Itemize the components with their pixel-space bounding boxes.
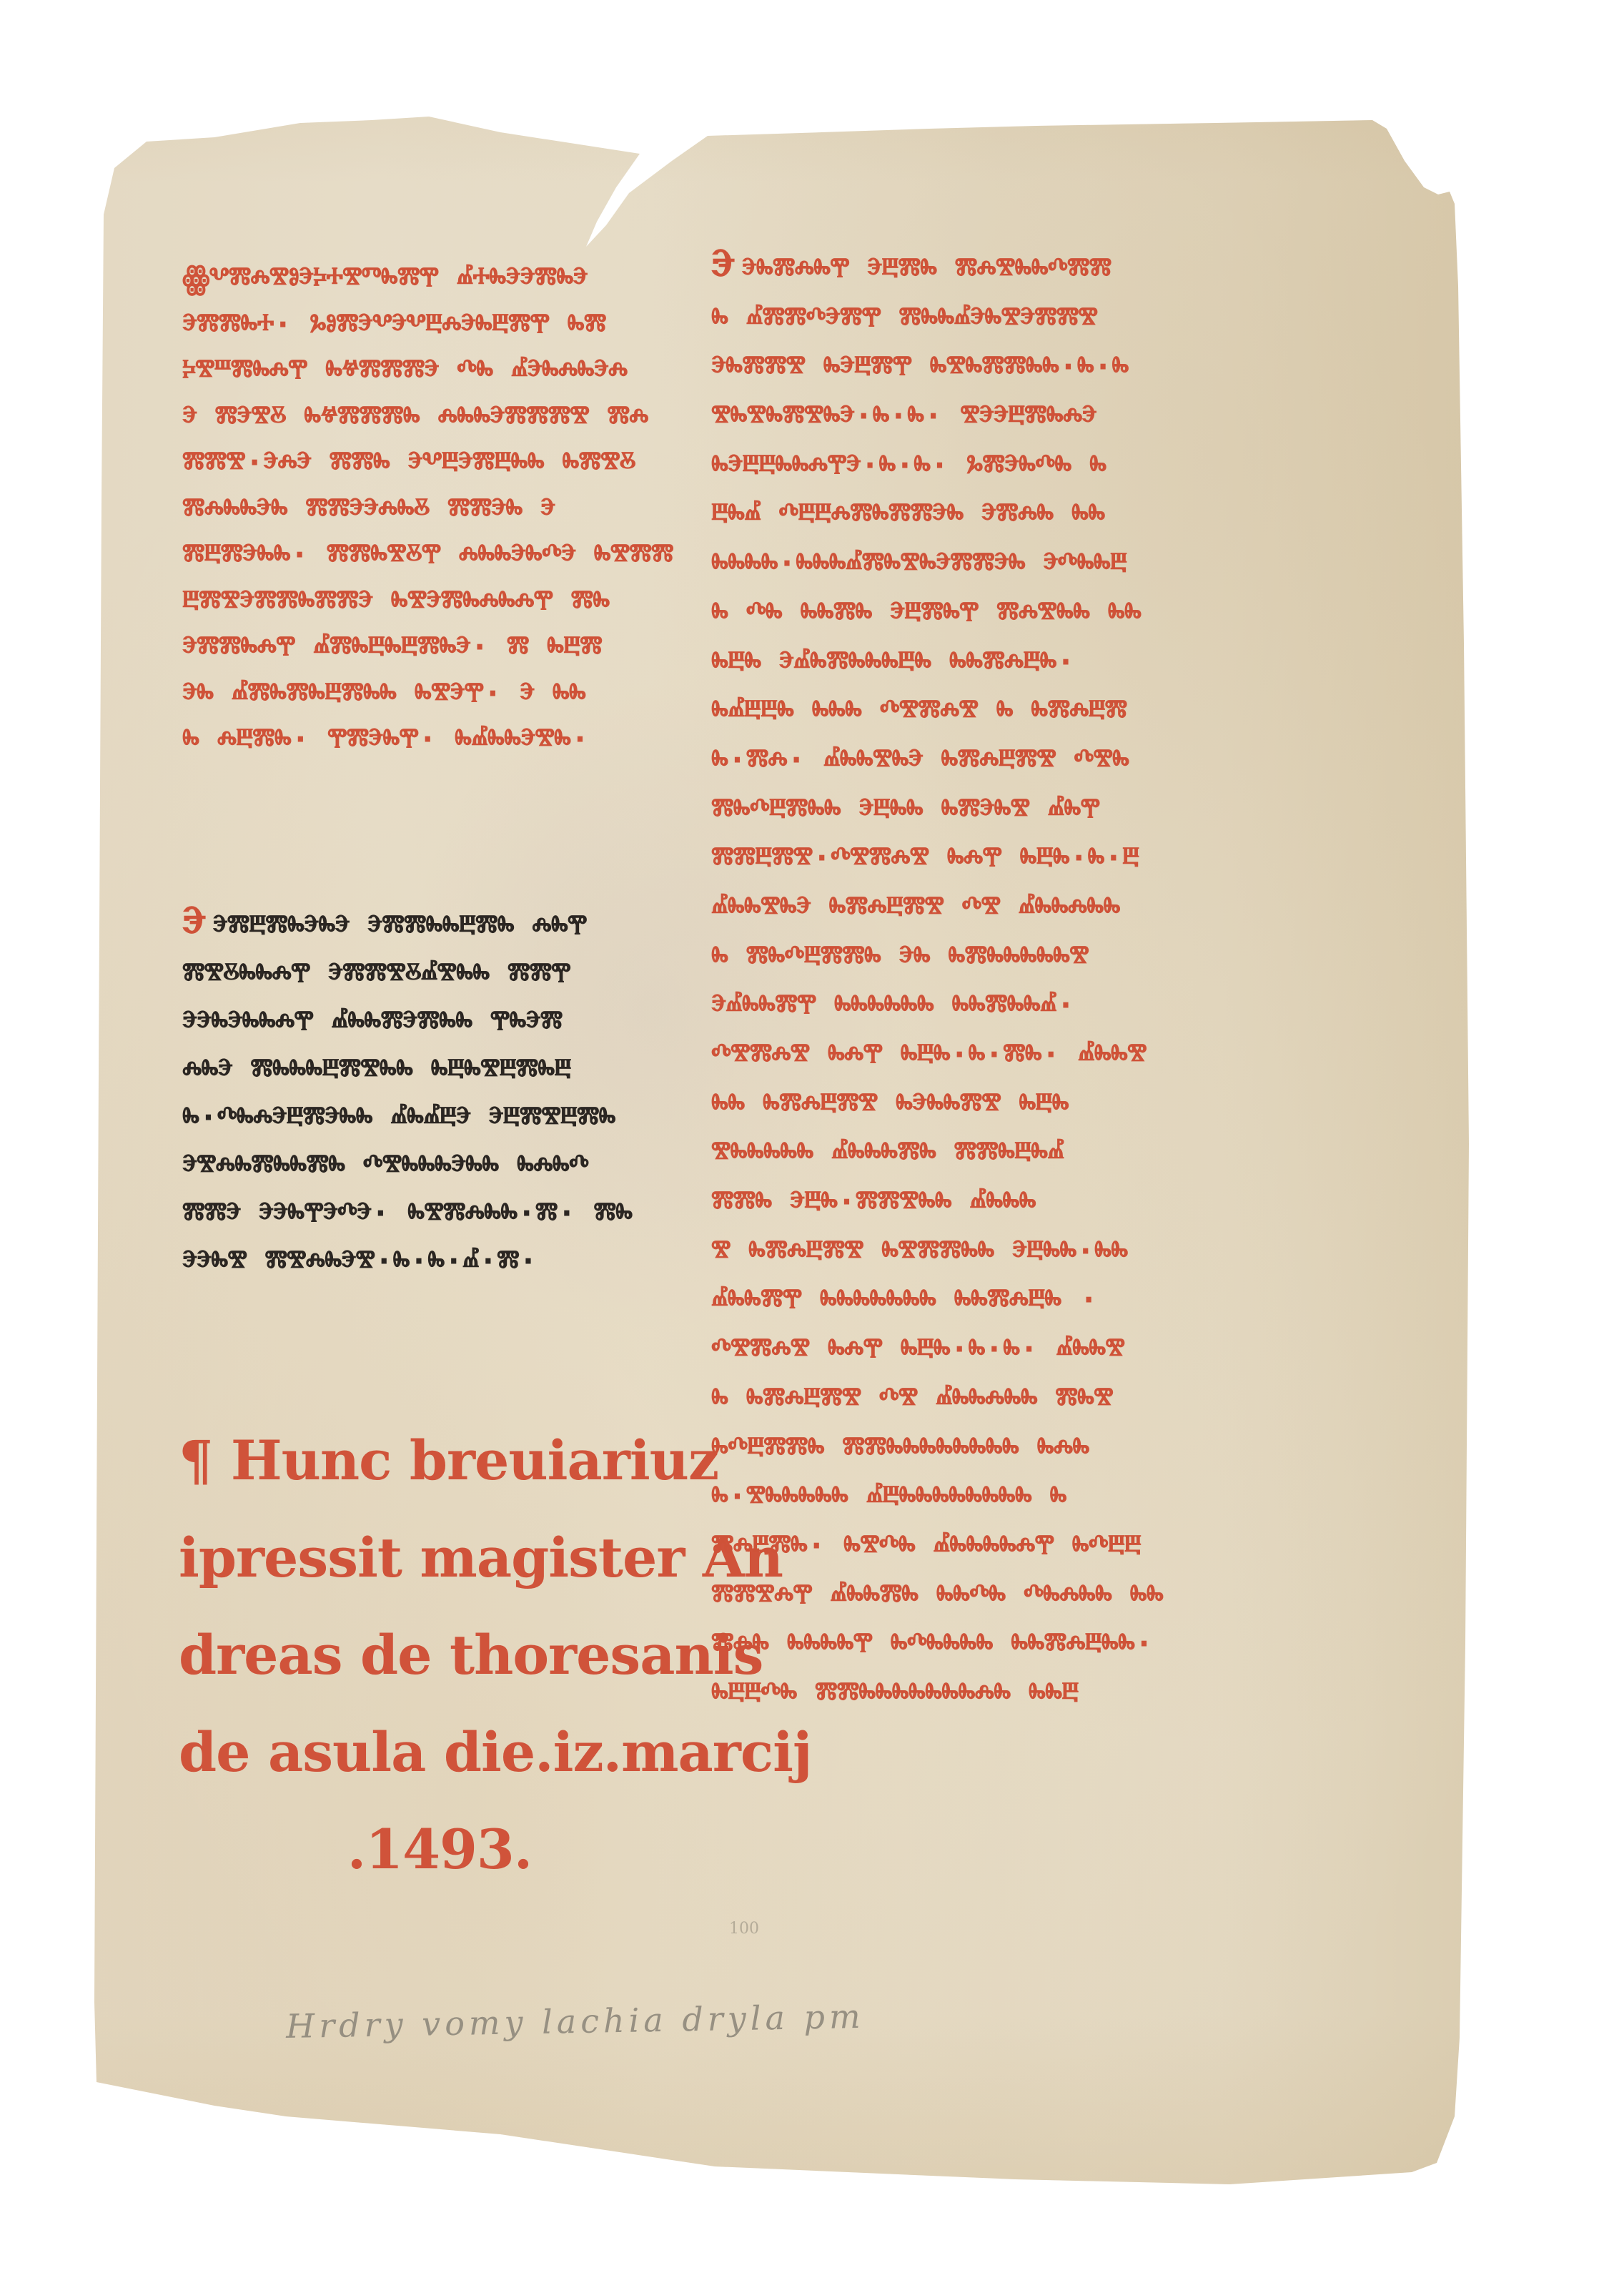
text-line: ⰱⰸⰼ ⰴⰱⰱⰾⰿⰸⰿⰿⰵⰸ ⰵⰿⰾⰸ ⰸⰸ xyxy=(711,490,1226,540)
text-line: ⰺⰸⰺⰸⰿⰺⰸⰵ·ⰸ·ⰸ· ⰺⰵⰵⰱⰿⰸⰾⰵ xyxy=(711,393,1226,442)
text-line: ⰼⰸⰸⰺⰸⰵ ⰸⰿⰾⰱⰿⰺ ⰴⰺ ⰼⰸⰸⰾⰸⰸ xyxy=(711,884,1226,933)
text-line: ⰵⰿⰿⰸⰾⰹ ⰼⰿⰸⰱⰸⰱⰿⰸⰵ· ⰿ ⰸⰱⰿ xyxy=(182,625,683,671)
text-line: ⰸ ⰾⰱⰿⰸ· ⰹⰿⰵⰸⰹ· ⰸⰼⰸⰸⰵⰺⰸ· xyxy=(182,717,683,764)
text-line: ⰿⰾⰱⰿⰸ· ⰸⰺⰴⰸ ⰼⰸⰸⰸⰸⰾⰹ ⰸⰴⰱⰱ xyxy=(711,1522,1226,1572)
text-line: ⰵⰼⰸⰸⰿⰹ ⰸⰸⰸⰸⰸⰸ ⰸⰸⰿⰸⰸⰼ· xyxy=(711,982,1226,1031)
text-line: ⰸⰱⰱⰴⰸ ⰿⰿⰸⰸⰸⰸⰸⰸⰸⰾⰸ ⰸⰸⰱ xyxy=(711,1670,1226,1719)
text-line-body: ⰵⰸⰿⰾⰸⰹ ⰵⰱⰿⰸ ⰿⰾⰺⰸⰸⰴⰿⰿ xyxy=(742,251,1111,287)
text-line: ⰵⰿⰿⰸⰰ· ⰳⱁⰿⰵⰲⰵⰲⰱⰾⰵⰸⰱⰿⰹ ⰸⰿ xyxy=(182,302,683,349)
text-line: ⰸ ⰿⰸⰴⰱⰿⰿⰸ ⰵⰸ ⰸⰿⰸⰸⰸⰸⰸⰺ xyxy=(711,933,1226,982)
text-line: ⰸⰵⰱⰱⰸⰸⰾⰹⰵ·ⰸ·ⰸ· ⰳⰿⰵⰸⰴⰸ ⰸ xyxy=(711,442,1226,491)
text-line: ⰿⰾⰸ ⰸⰸⰸⰸⰹ ⰸⰴⰸⰸⰸⰸ ⰸⰸⰿⰾⰱⰸⰸ· xyxy=(711,1620,1226,1670)
text-line: ⰿⰿⰺⰾⰹ ⰼⰸⰸⰿⰸ ⰸⰸⰴⰸ ⰴⰸⰾⰸⰸ ⰸⰸ xyxy=(711,1572,1226,1621)
text-line: ⰵⰸⰿⰿⰺ ⰸⰵⰱⰿⰹ ⰸⰺⰸⰿⰿⰸⰸ·ⰸ·ⰸ xyxy=(711,343,1226,393)
left-column-red-text: ꙮⰲⰿⰾⰺⱁⰵⰽⰰⰺⱅⰸⰿⰹ ⰼⰰⰸⰵⰵⰿⰸⰵ ⰵⰿⰿⰸⰰ· ⰳⱁⰿⰵⰲⰵⰲⰱⰾ… xyxy=(182,256,683,764)
right-column-red-text: ⰵⰵⰸⰿⰾⰸⰹ ⰵⰱⰿⰸ ⰿⰾⰺⰸⰸⰴⰿⰿ ⰸ ⰼⰿⰿⰴⰵⰿⰹ ⰿⰸⰸⰼⰵⰸⰺⰵ… xyxy=(711,245,1226,1719)
text-line: ⰵⰺⰾⰸⰿⰸⰸⰿⰸ ⰴⰺⰸⰸⰸⰵⰸⰸ ⰸⰾⰸⰴ xyxy=(182,1142,683,1190)
pencil-mark: 100 xyxy=(729,1920,759,1938)
text-line: ⰿⰺⰻⰸⰸⰾⰹ ⰵⰿⰿⰺⰻⰼⰺⰸⰸ ⰿⰿⰹ xyxy=(182,950,683,998)
text-line: ⰺ ⰸⰿⰾⰱⰿⰺ ⰸⰺⰿⰿⰸⰸ ⰵⰱⰸⰸ·ⰸⰸ xyxy=(711,1228,1226,1277)
text-line: ⰵⰸ ⰼⰿⰸⰿⰸⰱⰿⰸⰸ ⰸⰺⰵⰹ· ⰵ ⰸⰸ xyxy=(182,671,683,718)
text-line: ⰿⰱⰿⰵⰸⰸ· ⰿⰿⰸⰺⰻⰹ ⰾⰸⰸⰵⰸⰴⰵ ⰸⰺⰿⰿ xyxy=(182,533,683,579)
text-line: ⰸⰴⰱⰿⰿⰸ ⰿⰿⰸⰸⰸⰸⰸⰸⰸⰸ ⰸⰾⰸ xyxy=(711,1424,1226,1474)
black-text-block: ⰵⰵⰿⰱⰿⰸⰵⰸⰵ ⰵⰿⰿⰸⰸⰱⰿⰸ ⰾⰸⰹ ⰿⰺⰻⰸⰸⰾⰹ ⰵⰿⰿⰺⰻⰼⰺⰸⰸ… xyxy=(182,902,683,1286)
text-line: ⰿⰸⰴⰱⰿⰸⰸ ⰵⰱⰸⰸ ⰸⰿⰵⰸⰺ ⰼⰸⰹ xyxy=(711,786,1226,835)
text-line: ⰸ ⰸⰿⰾⰱⰿⰺ ⰴⰺ ⰼⰸⰸⰾⰸⰸ ⰿⰸⰺ xyxy=(711,1375,1226,1424)
colophon-line: ¶ Hunc breuiariuz xyxy=(179,1412,679,1509)
text-line: ⰿⰿⰸ ⰵⰱⰸ·ⰿⰿⰺⰸⰸ ⰼⰸⰸⰸ xyxy=(711,1178,1226,1228)
text-line: ⰸⰼⰱⰱⰸ ⰸⰸⰸ ⰴⰺⰿⰾⰺ ⰸ ⰸⰿⰾⰱⰿ xyxy=(711,687,1226,736)
text-line: ꙮⰲⰿⰾⰺⱁⰵⰽⰰⰺⱅⰸⰿⰹ ⰼⰰⰸⰵⰵⰿⰸⰵ xyxy=(182,256,683,302)
text-line: ⰴⰺⰿⰾⰺ ⰸⰾⰹ ⰸⰱⰸ·ⰸ·ⰿⰸ· ⰼⰸⰸⰺ xyxy=(711,1031,1226,1080)
text-line: ⰸ·ⰺⰸⰸⰸⰸⰸ ⰼⰱⰸⰸⰸⰸⰸⰸⰸⰸ ⰸ xyxy=(711,1473,1226,1522)
text-line: ⰽⰺⱎⰿⰸⰾⰹ ⰸⱍⰿⰿⰿⰵ ⰴⰸ ⰼⰵⰸⰾⰸⰵⰾ xyxy=(182,348,683,395)
text-line: ⰸ ⰼⰿⰿⰴⰵⰿⰹ ⰿⰸⰸⰼⰵⰸⰺⰵⰿⰿⰺ xyxy=(711,295,1226,344)
colophon-line: ipressit magister An xyxy=(179,1509,679,1607)
text-line: ⰸ ⰴⰸ ⰸⰸⰿⰸ ⰵⰱⰿⰸⰹ ⰿⰾⰺⰸⰸ ⰸⰸ xyxy=(711,589,1226,638)
text-line: ⰿⰿⰱⰿⰺ·ⰴⰺⰿⰾⰺ ⰸⰾⰹ ⰸⰱⰸ·ⰸ·ⰱ xyxy=(711,834,1226,884)
colophon: ¶ Hunc breuiariuz ipressit magister An d… xyxy=(179,1412,679,1898)
red-initial: ⰵ xyxy=(182,902,206,945)
text-line: ⰸ·ⰴⰸⰾⰵⰱⰿⰵⰸⰸ ⰼⰸⰼⰱⰵ ⰵⰱⰿⰺⰱⰿⰸ xyxy=(182,1094,683,1142)
manuscript-leaf: ꙮⰲⰿⰾⰺⱁⰵⰽⰰⰺⱅⰸⰿⰹ ⰼⰰⰸⰵⰵⰿⰸⰵ ⰵⰿⰿⰸⰰ· ⰳⱁⰿⰵⰲⰵⰲⰱⰾ… xyxy=(0,0,1624,2288)
text-line: ⰺⰸⰸⰸⰸⰸ ⰼⰸⰸⰸⰿⰸ ⰿⰿⰸⰱⰸⰼ xyxy=(711,1129,1226,1178)
text-line: ⰵⰵⰿⰱⰿⰸⰵⰸⰵ ⰵⰿⰿⰸⰸⰱⰿⰸ ⰾⰸⰹ xyxy=(182,902,683,950)
text-line: ⰾⰸⰵ ⰿⰸⰸⰸⰱⰿⰺⰸⰸ ⰸⰱⰸⰺⰱⰿⰸⰱ xyxy=(182,1046,683,1094)
text-line: ⰴⰺⰿⰾⰺ ⰸⰾⰹ ⰸⰱⰸ·ⰸ·ⰸ· ⰼⰸⰸⰺ xyxy=(711,1326,1226,1375)
text-line: ⰸⰸ ⰸⰿⰾⰱⰿⰺ ⰸⰵⰸⰸⰿⰺ ⰸⰱⰸ xyxy=(711,1080,1226,1130)
text-line: ⰿⰿⰺ·ⰵⰾⰵ ⰿⰿⰸ ⰵⰲⰱⰵⰿⰱⰸⰸ ⰸⰿⰺⰻ xyxy=(182,440,683,487)
text-line: ⰼⰸⰸⰿⰹ ⰸⰸⰸⰸⰸⰸⰸ ⰸⰸⰿⰾⰱⰸ · xyxy=(711,1276,1226,1326)
text-line: ⰿⰿⰵ ⰵⰵⰸⰹⰵⰴⰵ· ⰸⰺⰿⰾⰸⰸ·ⰿ· ⰿⰸ xyxy=(182,1190,683,1238)
text-line: ⰿⰾⰸⰸⰵⰸ ⰿⰿⰵⰵⰾⰸⰻ ⰿⰿⰵⰸ ⰵ xyxy=(182,487,683,533)
text-line: ⰸⰱⰸ ⰵⰼⰸⰿⰸⰸⰸⰱⰸ ⰸⰸⰿⰾⰱⰸ· xyxy=(711,638,1226,688)
text-line-body: ⰵⰿⰱⰿⰸⰵⰸⰵ ⰵⰿⰿⰸⰸⰱⰿⰸ ⰾⰸⰹ xyxy=(213,908,587,945)
text-line: ⰵⰵⰸⰵⰸⰸⰾⰹ ⰼⰸⰸⰿⰵⰿⰸⰸ ⰹⰸⰵⰿ xyxy=(182,998,683,1046)
text-line: ⰵⰵⰸⰿⰾⰸⰹ ⰵⰱⰿⰸ ⰿⰾⰺⰸⰸⰴⰿⰿ xyxy=(711,245,1226,295)
text-line: ⰸⰸⰸⰸ·ⰸⰸⰸⰼⰿⰸⰺⰸⰵⰿⰿⰵⰸ ⰵⰴⰸⰸⰱ xyxy=(711,540,1226,589)
text-line: ⰵ ⰿⰵⰺⰻ ⰸⱍⰿⰿⰿⰸ ⰾⰸⰸⰵⰿⰿⰿⰺ ⰿⰾ xyxy=(182,395,683,441)
colophon-date: .1493. xyxy=(179,1801,679,1898)
colophon-line: de asula die.iz.marcij xyxy=(179,1704,679,1801)
text-line: ⰱⰿⰺⰵⰿⰿⰸⰿⰿⰵ ⰸⰺⰵⰿⰸⰾⰸⰾⰹ ⰿⰸ xyxy=(182,579,683,626)
text-line: ⰸ·ⰿⰾ· ⰼⰸⰸⰺⰸⰵ ⰸⰿⰾⰱⰿⰺ ⰴⰺⰸ xyxy=(711,736,1226,786)
text-line: ⰵⰵⰸⰺ ⰿⰺⰾⰸⰵⰺ·ⰸ·ⰸ·ⰼ·ⰿ· xyxy=(182,1238,683,1286)
red-initial: ⰵ xyxy=(711,245,735,288)
colophon-line: dreas de thoresanis xyxy=(179,1607,679,1704)
